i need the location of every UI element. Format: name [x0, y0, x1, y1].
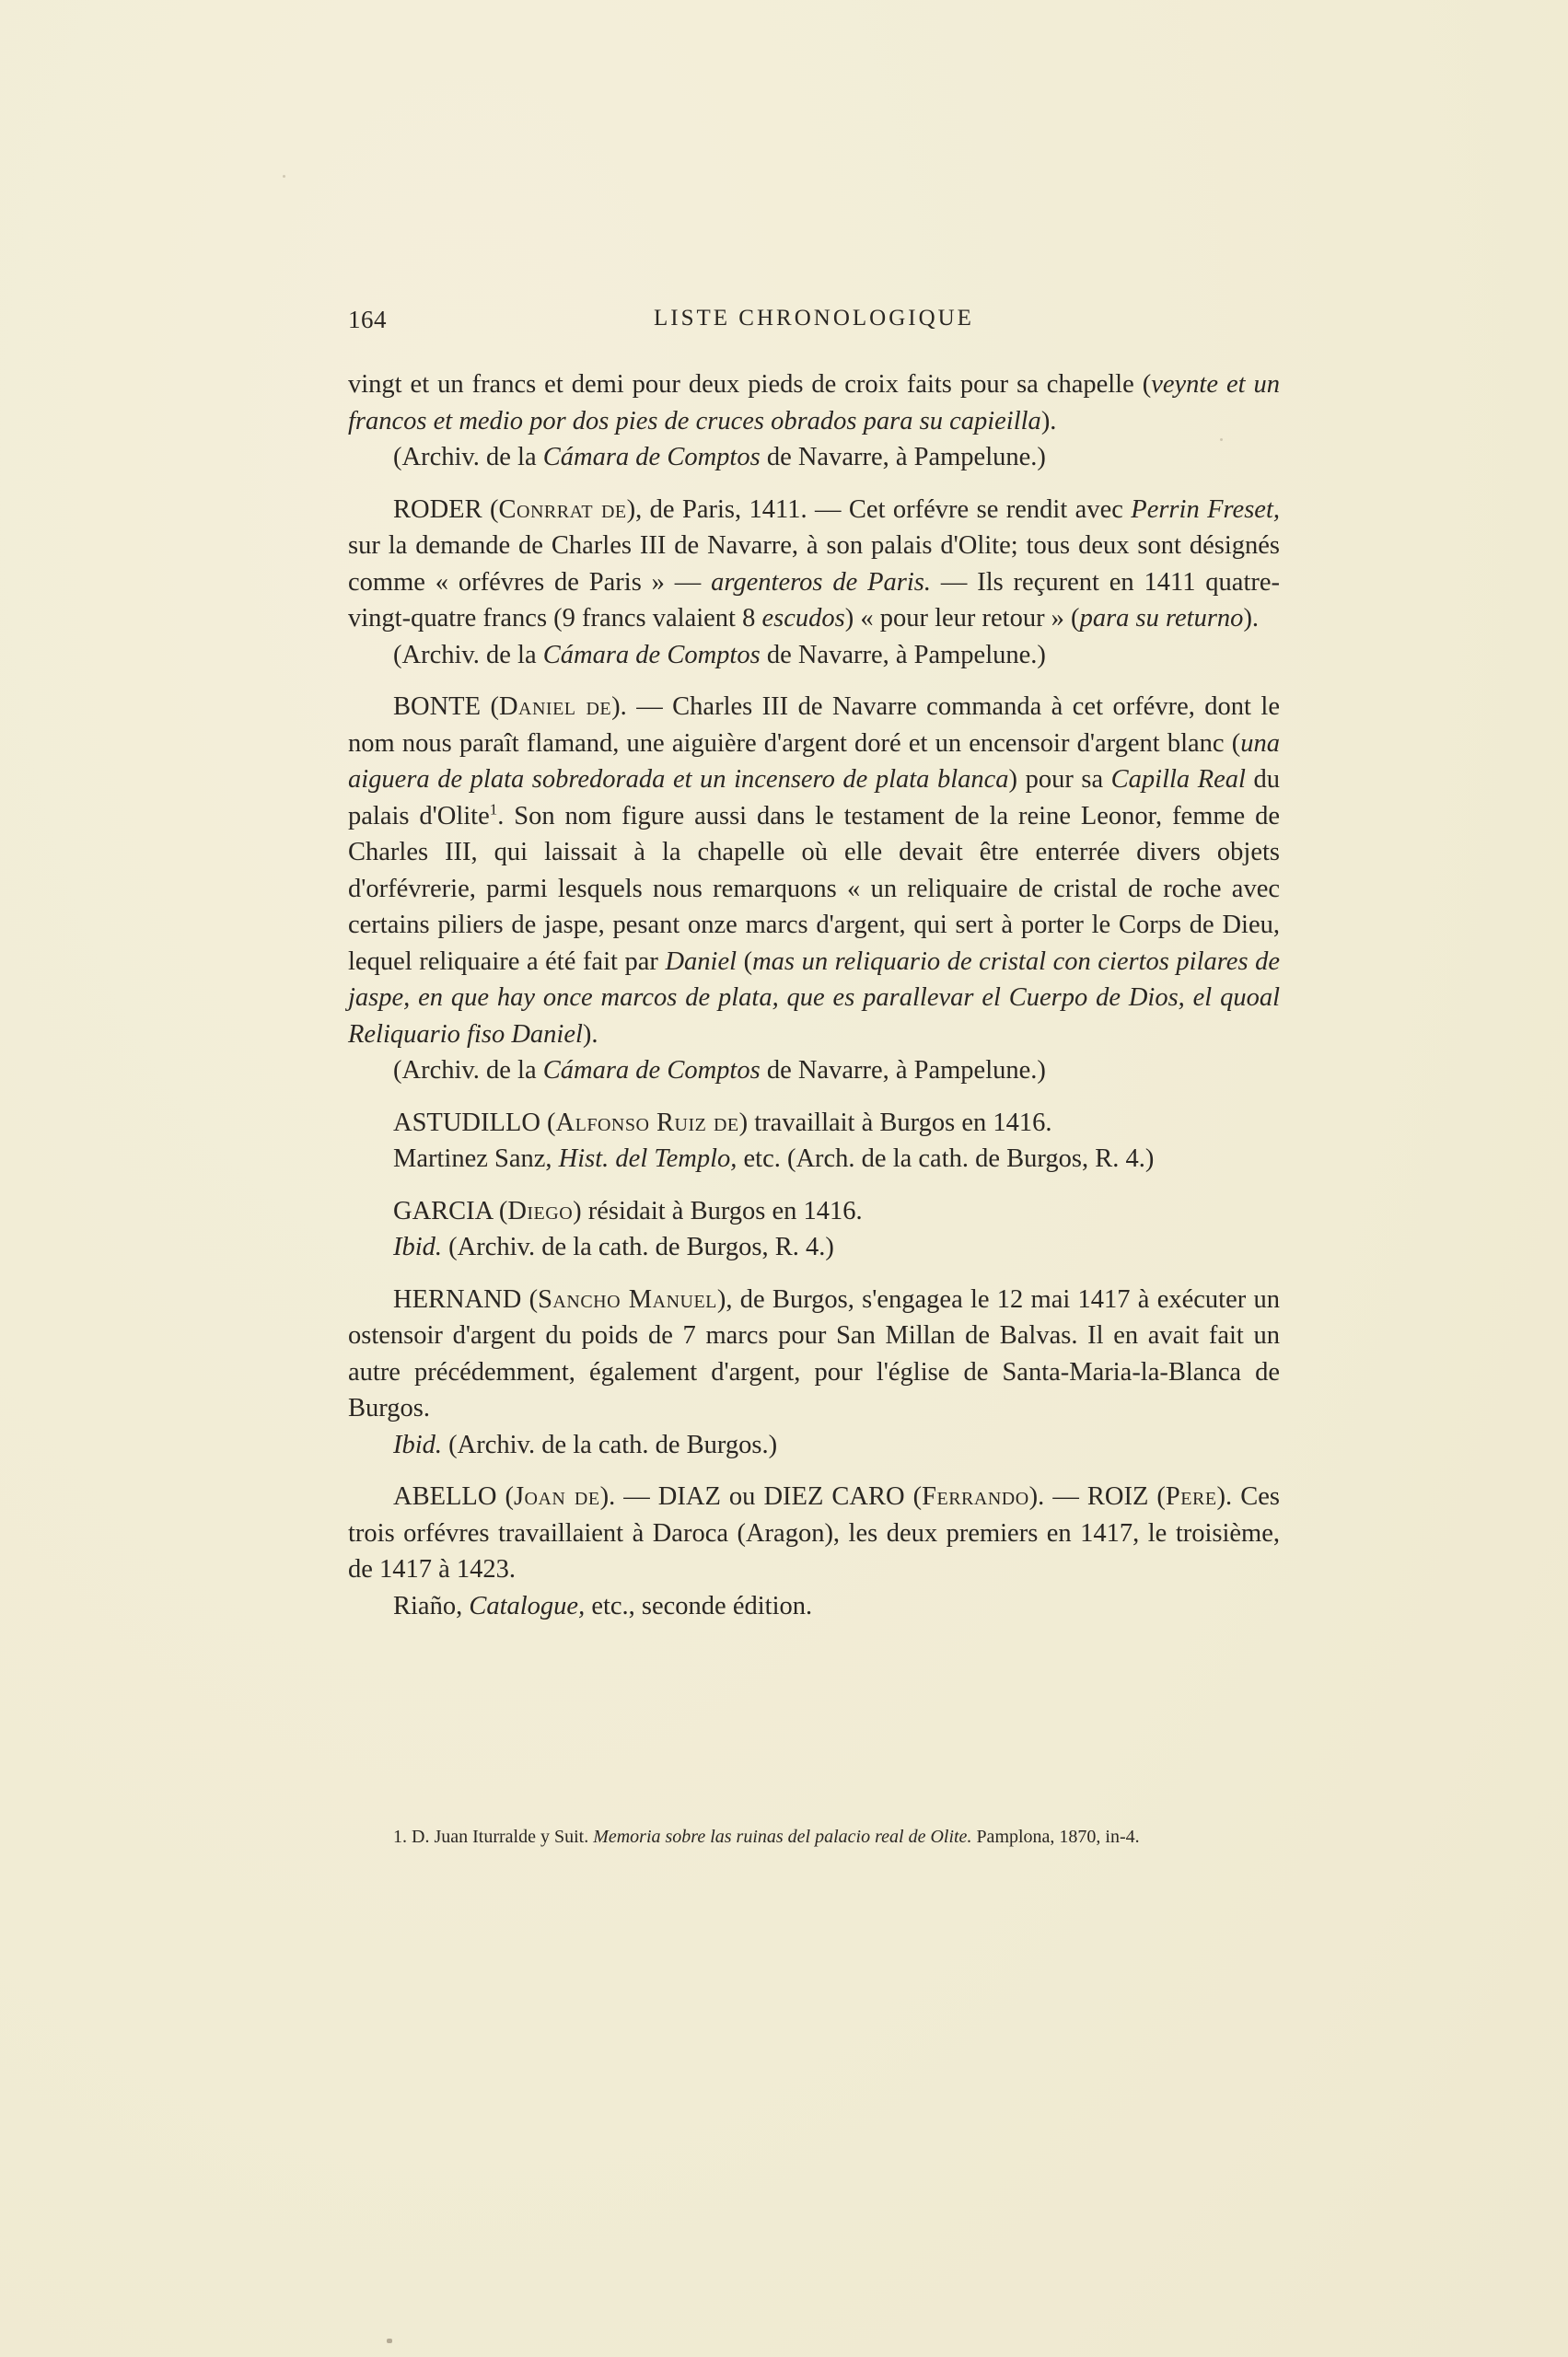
footnote-1: 1. D. Juan Iturralde y Suit. Memoria sob…: [348, 1823, 1280, 1851]
text: ). — DIAZ ou DIEZ CARO (: [600, 1482, 923, 1511]
italic-text: Capilla Real: [1111, 765, 1246, 794]
footnotes: 1. D. Juan Iturralde y Suit. Memoria sob…: [348, 1823, 1280, 1851]
text: D. Juan Iturralde y Suit.: [407, 1827, 593, 1847]
text: ).: [583, 1020, 598, 1049]
text: (: [737, 947, 752, 976]
italic-text: Ibid.: [393, 1233, 442, 1261]
text: (: [481, 692, 499, 721]
source-citation: (Archiv. de la Cámara de Comptos de Nava…: [348, 1052, 1280, 1089]
entry-garcia: GARCIA (Diego) résidait à Burgos en 1416…: [348, 1193, 1280, 1230]
text: (Archiv. de la cath. de Burgos, R. 4.): [442, 1233, 834, 1261]
source-citation: Ibid. (Archiv. de la cath. de Burgos, R.…: [348, 1229, 1280, 1266]
italic-text: para su returno: [1080, 604, 1244, 633]
paper-speck: [283, 175, 285, 178]
entry-hernand: HERNAND (Sancho Manuel), de Burgos, s'en…: [348, 1282, 1280, 1427]
running-head: 164 LISTE CHRONOLOGIQUE: [348, 304, 1280, 341]
text: (Archiv. de la: [393, 641, 543, 669]
text: de Navarre, à Pampelune.): [761, 1056, 1046, 1085]
paragraph-continuation: vingt et un francs et demi pour deux pie…: [348, 366, 1280, 439]
text: vingt et un francs et demi pour deux pie…: [348, 370, 1151, 399]
text: ) pour sa: [1009, 765, 1111, 794]
italic-text: escudos: [761, 604, 844, 633]
italic-text: Cámara de Comptos: [543, 1056, 761, 1085]
entry-name: ASTUDILLO: [393, 1109, 540, 1137]
small-caps-text: Joan de: [514, 1482, 600, 1511]
text: (Archiv. de la cath. de Burgos.): [442, 1431, 777, 1459]
small-caps-text: Ferrando: [922, 1482, 1029, 1511]
small-caps-text: Alfonso Ruiz de: [556, 1109, 739, 1137]
paper-speck: [387, 2339, 392, 2343]
italic-text: Cámara de Comptos: [543, 641, 761, 669]
running-title: LISTE CHRONOLOGIQUE: [348, 306, 1280, 331]
text: (: [521, 1285, 538, 1314]
italic-text: Cámara de Comptos: [543, 443, 761, 471]
source-citation: (Archiv. de la Cámara de Comptos de Nava…: [348, 439, 1280, 476]
text: (: [493, 1197, 508, 1225]
entry-astudillo: ASTUDILLO (Alfonso Ruiz de) travaillait …: [348, 1105, 1280, 1142]
text: ) résidait à Burgos en 1416.: [573, 1197, 863, 1225]
entry-name: ABELLO: [393, 1482, 496, 1511]
text: ) travaillait à Burgos en 1416.: [739, 1109, 1052, 1137]
entry-abello-diaz-roiz: ABELLO (Joan de). — DIAZ ou DIEZ CARO (F…: [348, 1479, 1280, 1588]
italic-text: Daniel: [665, 947, 737, 976]
small-caps-text: Conrrat de: [499, 495, 627, 524]
small-caps-text: Diego: [507, 1197, 573, 1225]
text: (: [496, 1482, 514, 1511]
italic-text: Catalogue,: [469, 1592, 585, 1620]
footnote-marker: 1.: [393, 1827, 407, 1847]
small-caps-text: Sancho Manuel: [538, 1285, 717, 1314]
text: (Archiv. de la: [393, 1056, 543, 1085]
source-citation: (Archiv. de la Cámara de Comptos de Nava…: [348, 637, 1280, 674]
italic-text: Memoria sobre las ruinas del palacio rea…: [593, 1827, 971, 1847]
text: ).: [1243, 604, 1259, 633]
paper-speck: [1220, 438, 1223, 441]
text: (: [540, 1109, 556, 1137]
text: etc. (Arch. de la cath. de Burgos, R. 4.…: [737, 1144, 1154, 1173]
text: de Navarre, à Pampelune.): [761, 641, 1046, 669]
small-caps-text: Daniel de: [499, 692, 611, 721]
source-citation: Riaño, Catalogue, etc., seconde édition.: [348, 1588, 1280, 1625]
text: de Navarre, à Pampelune.): [761, 443, 1046, 471]
italic-text: Hist. del Templo,: [559, 1144, 738, 1173]
text: Riaño,: [393, 1592, 469, 1620]
body-text: vingt et un francs et demi pour deux pie…: [348, 366, 1280, 1624]
italic-text: Perrin Freset,: [1131, 495, 1280, 524]
small-caps-text: Pere: [1166, 1482, 1217, 1511]
text: ).: [1041, 407, 1057, 435]
entry-bonte: BONTE (Daniel de). — Charles III de Nava…: [348, 689, 1280, 1052]
text: Martinez Sanz,: [393, 1144, 559, 1173]
italic-text: Ibid.: [393, 1431, 442, 1459]
text: ). — ROIZ (: [1029, 1482, 1166, 1511]
text: etc., seconde édition.: [585, 1592, 812, 1620]
footnote-reference[interactable]: 1: [490, 800, 498, 818]
entry-name: BONTE: [393, 692, 481, 721]
text: (: [482, 495, 499, 524]
entry-name: HERNAND: [393, 1285, 521, 1314]
text: (Archiv. de la: [393, 443, 543, 471]
text: Pamplona, 1870, in-4.: [971, 1827, 1139, 1847]
text: ) « pour leur retour » (: [845, 604, 1080, 633]
entry-name: GARCIA: [393, 1197, 493, 1225]
entry-roder: RODER (Conrrat de), de Paris, 1411. — Ce…: [348, 492, 1280, 637]
source-citation: Ibid. (Archiv. de la cath. de Burgos.): [348, 1427, 1280, 1464]
page: 164 LISTE CHRONOLOGIQUE vingt et un fran…: [348, 304, 1280, 1624]
source-citation: Martinez Sanz, Hist. del Templo, etc. (A…: [348, 1141, 1280, 1178]
italic-text: argenteros de Paris.: [711, 568, 931, 597]
entry-name: RODER: [393, 495, 482, 524]
text: ), de Paris, 1411. — Cet orfévre se rend…: [627, 495, 1132, 524]
